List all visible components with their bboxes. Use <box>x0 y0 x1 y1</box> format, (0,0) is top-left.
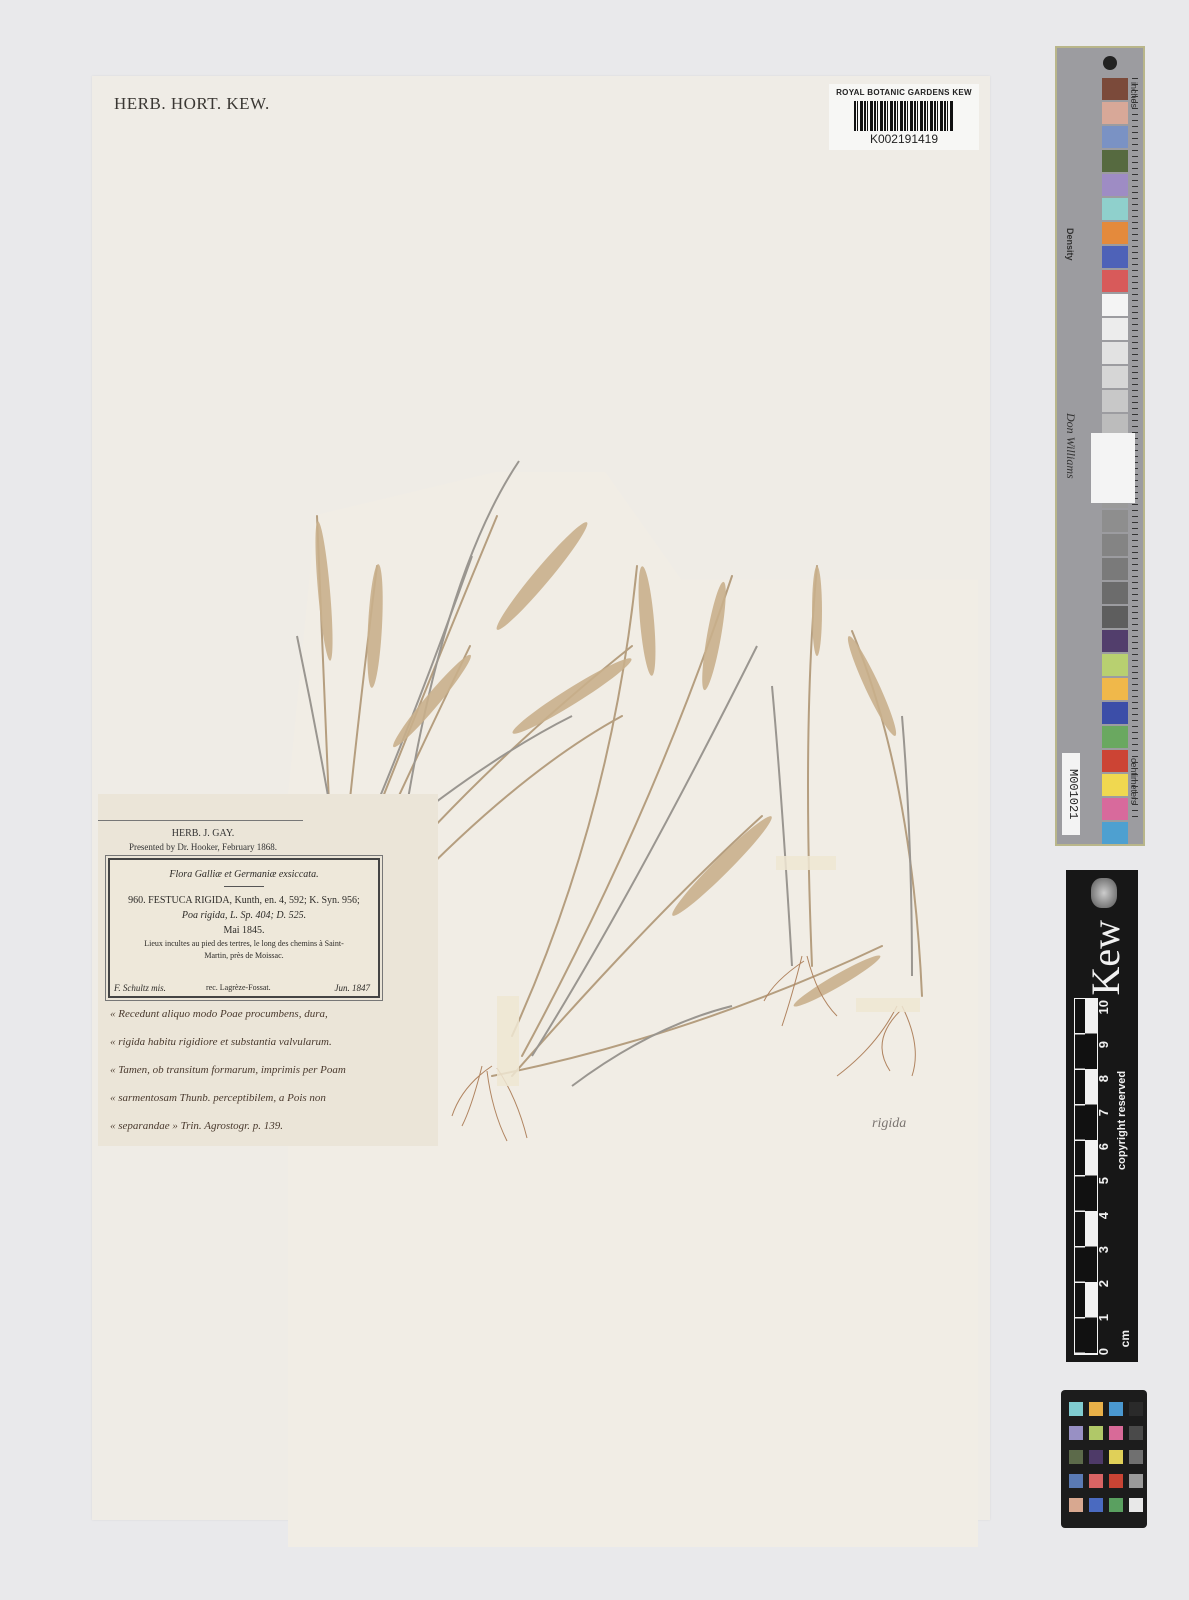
color-swatch <box>1129 1450 1143 1464</box>
color-swatch <box>1089 1474 1103 1488</box>
color-swatch <box>1102 342 1128 364</box>
handwritten-note: « Recedunt aliquo modo Poae procumbens, … <box>110 1000 432 1140</box>
color-swatch <box>1102 390 1128 412</box>
locality-1: Lieux incultes au pied des tertres, le l… <box>110 938 378 950</box>
barcode-label: ROYAL BOTANIC GARDENS KEW K002191419 <box>829 84 979 150</box>
herbarium-header: HERB. HORT. KEW. <box>114 94 270 114</box>
tick-label: 3 <box>1096 1246 1116 1253</box>
note-line: « Tamen, ob transitum formarum, imprimis… <box>110 1056 432 1084</box>
series-title: Flora Galliæ et Germaniæ exsiccata. <box>110 869 378 880</box>
collection-date: Mai 1845. <box>110 923 378 938</box>
color-swatch <box>1102 318 1128 340</box>
color-swatch <box>1089 1402 1103 1416</box>
color-swatch <box>1069 1474 1083 1488</box>
color-calibration-ruler: inches centimeters Density Don Williams … <box>1055 46 1145 846</box>
color-swatch <box>1129 1498 1143 1512</box>
chart-code: M001021 <box>1062 753 1080 835</box>
sender: F. Schultz mis. <box>114 983 166 993</box>
color-swatch <box>1109 1498 1123 1512</box>
note-line: « Recedunt aliquo modo Poae procumbens, … <box>110 1000 432 1028</box>
color-swatch <box>1102 774 1128 796</box>
unit-label: cm <box>1118 1330 1132 1347</box>
color-swatch <box>1102 150 1128 172</box>
color-swatch <box>1102 294 1128 316</box>
color-swatch <box>1102 246 1128 268</box>
color-swatch <box>1069 1498 1083 1512</box>
note-line: « separandae » Trin. Agrostogr. p. 139. <box>110 1112 432 1140</box>
taxon-line-1: 960. FESTUCA RIGIDA, Kunth, en. 4, 592; … <box>110 893 378 908</box>
grey-scale-target <box>1091 433 1135 503</box>
tick-label: 0 <box>1096 1348 1116 1355</box>
color-swatch <box>1109 1450 1123 1464</box>
color-swatch <box>1069 1450 1083 1464</box>
presentation-note: Presented by Dr. Hooker, February 1868. <box>98 842 308 852</box>
color-swatch <box>1102 750 1128 772</box>
kew-logo: Kew <box>1082 920 1129 996</box>
color-swatch <box>1089 1498 1103 1512</box>
color-swatch <box>1129 1474 1143 1488</box>
inches-label: inches <box>1129 82 1139 108</box>
tick-label: 8 <box>1096 1075 1116 1082</box>
color-swatch <box>1102 606 1128 628</box>
barcode-number: K002191419 <box>829 132 979 146</box>
note-line: « sarmentosam Thunb. perceptibilem, a Po… <box>110 1084 432 1112</box>
color-swatch <box>1129 1402 1143 1416</box>
color-swatch <box>1089 1426 1103 1440</box>
color-swatch <box>1102 630 1128 652</box>
color-swatch <box>1109 1402 1123 1416</box>
maker-label: Don Williams <box>1063 413 1078 479</box>
locality-2: Martin, près de Moissac. <box>110 950 378 962</box>
color-swatch <box>1102 654 1128 676</box>
divider <box>98 820 303 821</box>
color-swatch <box>1102 78 1128 100</box>
color-swatch <box>1102 126 1128 148</box>
color-swatch <box>1102 174 1128 196</box>
centimeters-label: centimeters <box>1129 758 1139 805</box>
color-swatch <box>1102 822 1128 844</box>
registration-dot <box>1103 56 1117 70</box>
herbarium-origin: HERB. J. GAY. <box>98 828 308 839</box>
color-swatch <box>1069 1402 1083 1416</box>
density-label: Density <box>1065 228 1075 261</box>
tick-label: 1 <box>1096 1314 1116 1321</box>
color-swatch <box>1109 1426 1123 1440</box>
scale-numbers: 10 9 8 7 6 5 4 3 2 1 0 <box>1096 1000 1116 1355</box>
color-swatch <box>1102 534 1128 556</box>
color-swatch <box>1102 102 1128 124</box>
tick-label: 4 <box>1096 1212 1116 1219</box>
color-swatch <box>1102 702 1128 724</box>
color-swatch <box>1102 270 1128 292</box>
collector: rec. Lagrèze-Fossat. <box>206 983 271 992</box>
color-swatch <box>1102 558 1128 580</box>
exsiccata-label: Flora Galliæ et Germaniæ exsiccata. 960.… <box>108 858 380 998</box>
barcode-icon <box>854 101 954 131</box>
tick-label: 2 <box>1096 1280 1116 1287</box>
mini-color-checker <box>1061 1390 1147 1528</box>
color-swatch <box>1129 1426 1143 1440</box>
color-swatch <box>1069 1426 1083 1440</box>
color-swatch <box>1089 1450 1103 1464</box>
herbarium-sheet: HERB. HORT. KEW. ROYAL BOTANIC GARDENS K… <box>92 76 990 1520</box>
copyright-text: copyright reserved <box>1116 1010 1128 1170</box>
color-swatch <box>1102 366 1128 388</box>
color-swatch <box>1102 726 1128 748</box>
tick-label: 7 <box>1096 1109 1116 1116</box>
color-swatch <box>1102 510 1128 532</box>
kew-crest-icon <box>1091 878 1117 908</box>
institution-name: ROYAL BOTANIC GARDENS KEW <box>829 88 979 97</box>
color-swatch <box>1102 198 1128 220</box>
kew-scale-bar: Kew 10 9 8 7 6 5 4 3 2 1 0 copyright res… <box>1066 870 1138 1362</box>
tick-label: 6 <box>1096 1143 1116 1150</box>
tick-label: 5 <box>1096 1177 1116 1184</box>
color-swatch <box>1102 222 1128 244</box>
divider <box>224 886 264 887</box>
tick-label: 10 <box>1096 1000 1116 1014</box>
tick-label: 9 <box>1096 1041 1116 1048</box>
received-date: Jun. 1847 <box>335 983 371 993</box>
color-swatch <box>1109 1474 1123 1488</box>
label-panel: HERB. J. GAY. Presented by Dr. Hooker, F… <box>98 794 438 1146</box>
color-swatch <box>1102 678 1128 700</box>
taxon-line-2: Poa rigida, L. Sp. 404; D. 525. <box>110 908 378 923</box>
note-line: « rigida habitu rigidiore et substantia … <box>110 1028 432 1056</box>
color-swatch <box>1102 582 1128 604</box>
determination-note: rigida <box>872 1116 906 1132</box>
color-swatch <box>1102 798 1128 820</box>
